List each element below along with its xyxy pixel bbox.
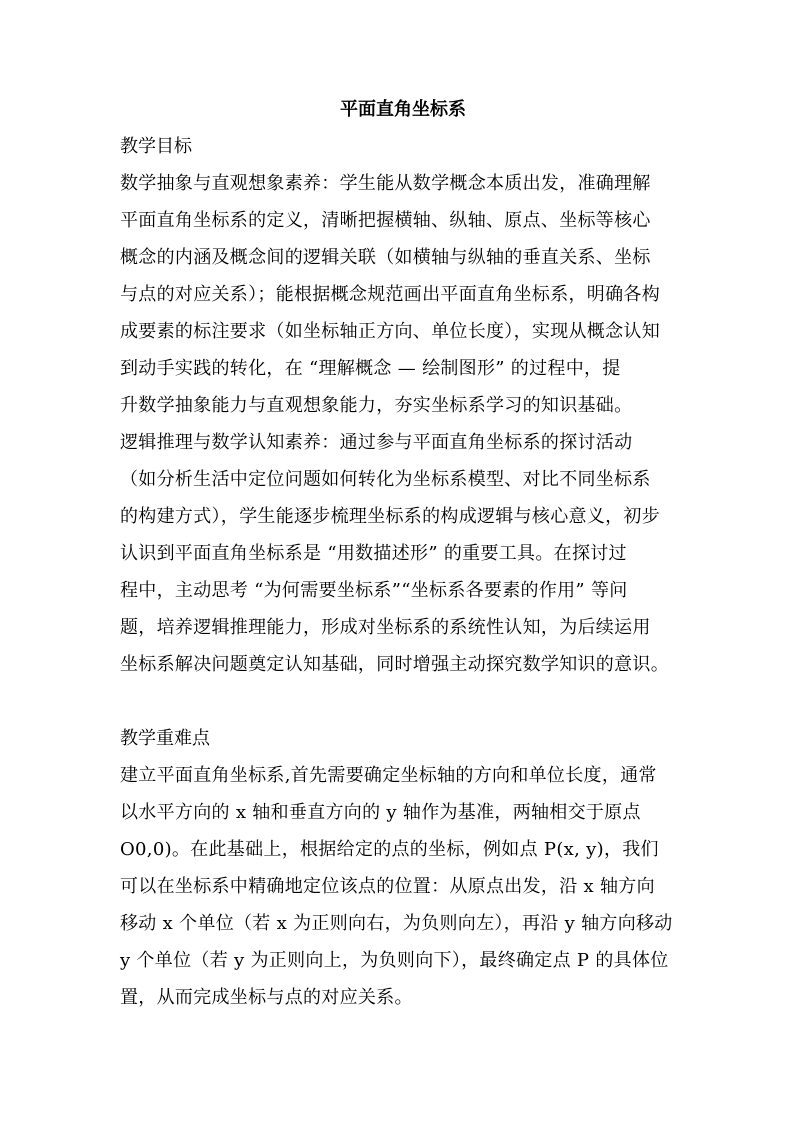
text-line: 以水平方向的 x 轴和垂直方向的 y 轴作为基准，两轴相交于原点 xyxy=(120,794,686,831)
text-line: 与点的对应关系）；能根据概念规范画出平面直角坐标系，明确各构 xyxy=(120,276,686,313)
paragraph-reasoning-literacy: 逻辑推理与数学认知素养：通过参与平面直角坐标系的探讨活动 （如分析生活中定位问题… xyxy=(120,424,686,683)
document-title: 平面直角坐标系 xyxy=(120,92,686,128)
text-line: 的构建方式），学生能逐步梳理坐标系的构成逻辑与核心意义，初步 xyxy=(120,498,686,535)
paragraph-abstraction-literacy: 数学抽象与直观想象素养：学生能从数学概念本质出发，准确理解 平面直角坐标系的定义… xyxy=(120,165,686,424)
text-line: 可以在坐标系中精确地定位该点的位置：从原点出发，沿 x 轴方向 xyxy=(120,868,686,905)
text-line: 平面直角坐标系的定义，清晰把握横轴、纵轴、原点、坐标等核心 xyxy=(120,202,686,239)
text-line: 到动手实践的转化，在 “理解概念 — 绘制图形” 的过程中，提 xyxy=(120,350,686,387)
section-heading: 教学重难点 xyxy=(120,720,686,757)
text-line: 题，培养逻辑推理能力，形成对坐标系的系统性认知，为后续运用 xyxy=(120,609,686,646)
text-line: 移动 x 个单位（若 x 为正则向右，为负则向左），再沿 y 轴方向移动 xyxy=(120,905,686,942)
text-line: y 个单位（若 y 为正则向上，为负则向下），最终确定点 P 的具体位 xyxy=(120,942,686,979)
blank-line xyxy=(120,683,686,720)
text-line: 逻辑推理与数学认知素养：通过参与平面直角坐标系的探讨活动 xyxy=(120,424,686,461)
text-line: O0,0)。在此基础上，根据给定的点的坐标，例如点 P(x, y)，我们 xyxy=(120,831,686,868)
paragraph-coordinate-construction: 建立平面直角坐标系,首先需要确定坐标轴的方向和单位长度，通常 以水平方向的 x … xyxy=(120,757,686,1016)
text-line: 成要素的标注要求（如坐标轴正方向、单位长度），实现从概念认知 xyxy=(120,313,686,350)
text-line: 认识到平面直角坐标系是 “用数描述形” 的重要工具。在探讨过 xyxy=(120,535,686,572)
text-line: 坐标系解决问题奠定认知基础，同时增强主动探究数学知识的意识。 xyxy=(120,646,686,683)
text-line: 升数学抽象能力与直观想象能力，夯实坐标系学习的知识基础。 xyxy=(120,387,686,424)
text-line: 建立平面直角坐标系,首先需要确定坐标轴的方向和单位长度，通常 xyxy=(120,757,686,794)
text-line: 数学抽象与直观想象素养：学生能从数学概念本质出发，准确理解 xyxy=(120,165,686,202)
section-key-difficulties: 教学重难点 建立平面直角坐标系,首先需要确定坐标轴的方向和单位长度，通常 以水平… xyxy=(120,720,686,1016)
section-heading: 教学目标 xyxy=(120,128,686,165)
text-line: 置，从而完成坐标与点的对应关系。 xyxy=(120,979,686,1016)
document-page: 平面直角坐标系 教学目标 数学抽象与直观想象素养：学生能从数学概念本质出发，准确… xyxy=(120,92,686,1016)
text-line: （如分析生活中定位问题如何转化为坐标系模型、对比不同坐标系 xyxy=(120,461,686,498)
text-line: 概念的内涵及概念间的逻辑关联（如横轴与纵轴的垂直关系、坐标 xyxy=(120,239,686,276)
section-teaching-objectives: 教学目标 数学抽象与直观想象素养：学生能从数学概念本质出发，准确理解 平面直角坐… xyxy=(120,128,686,683)
text-line: 程中，主动思考 “为何需要坐标系”“坐标系各要素的作用” 等问 xyxy=(120,572,686,609)
